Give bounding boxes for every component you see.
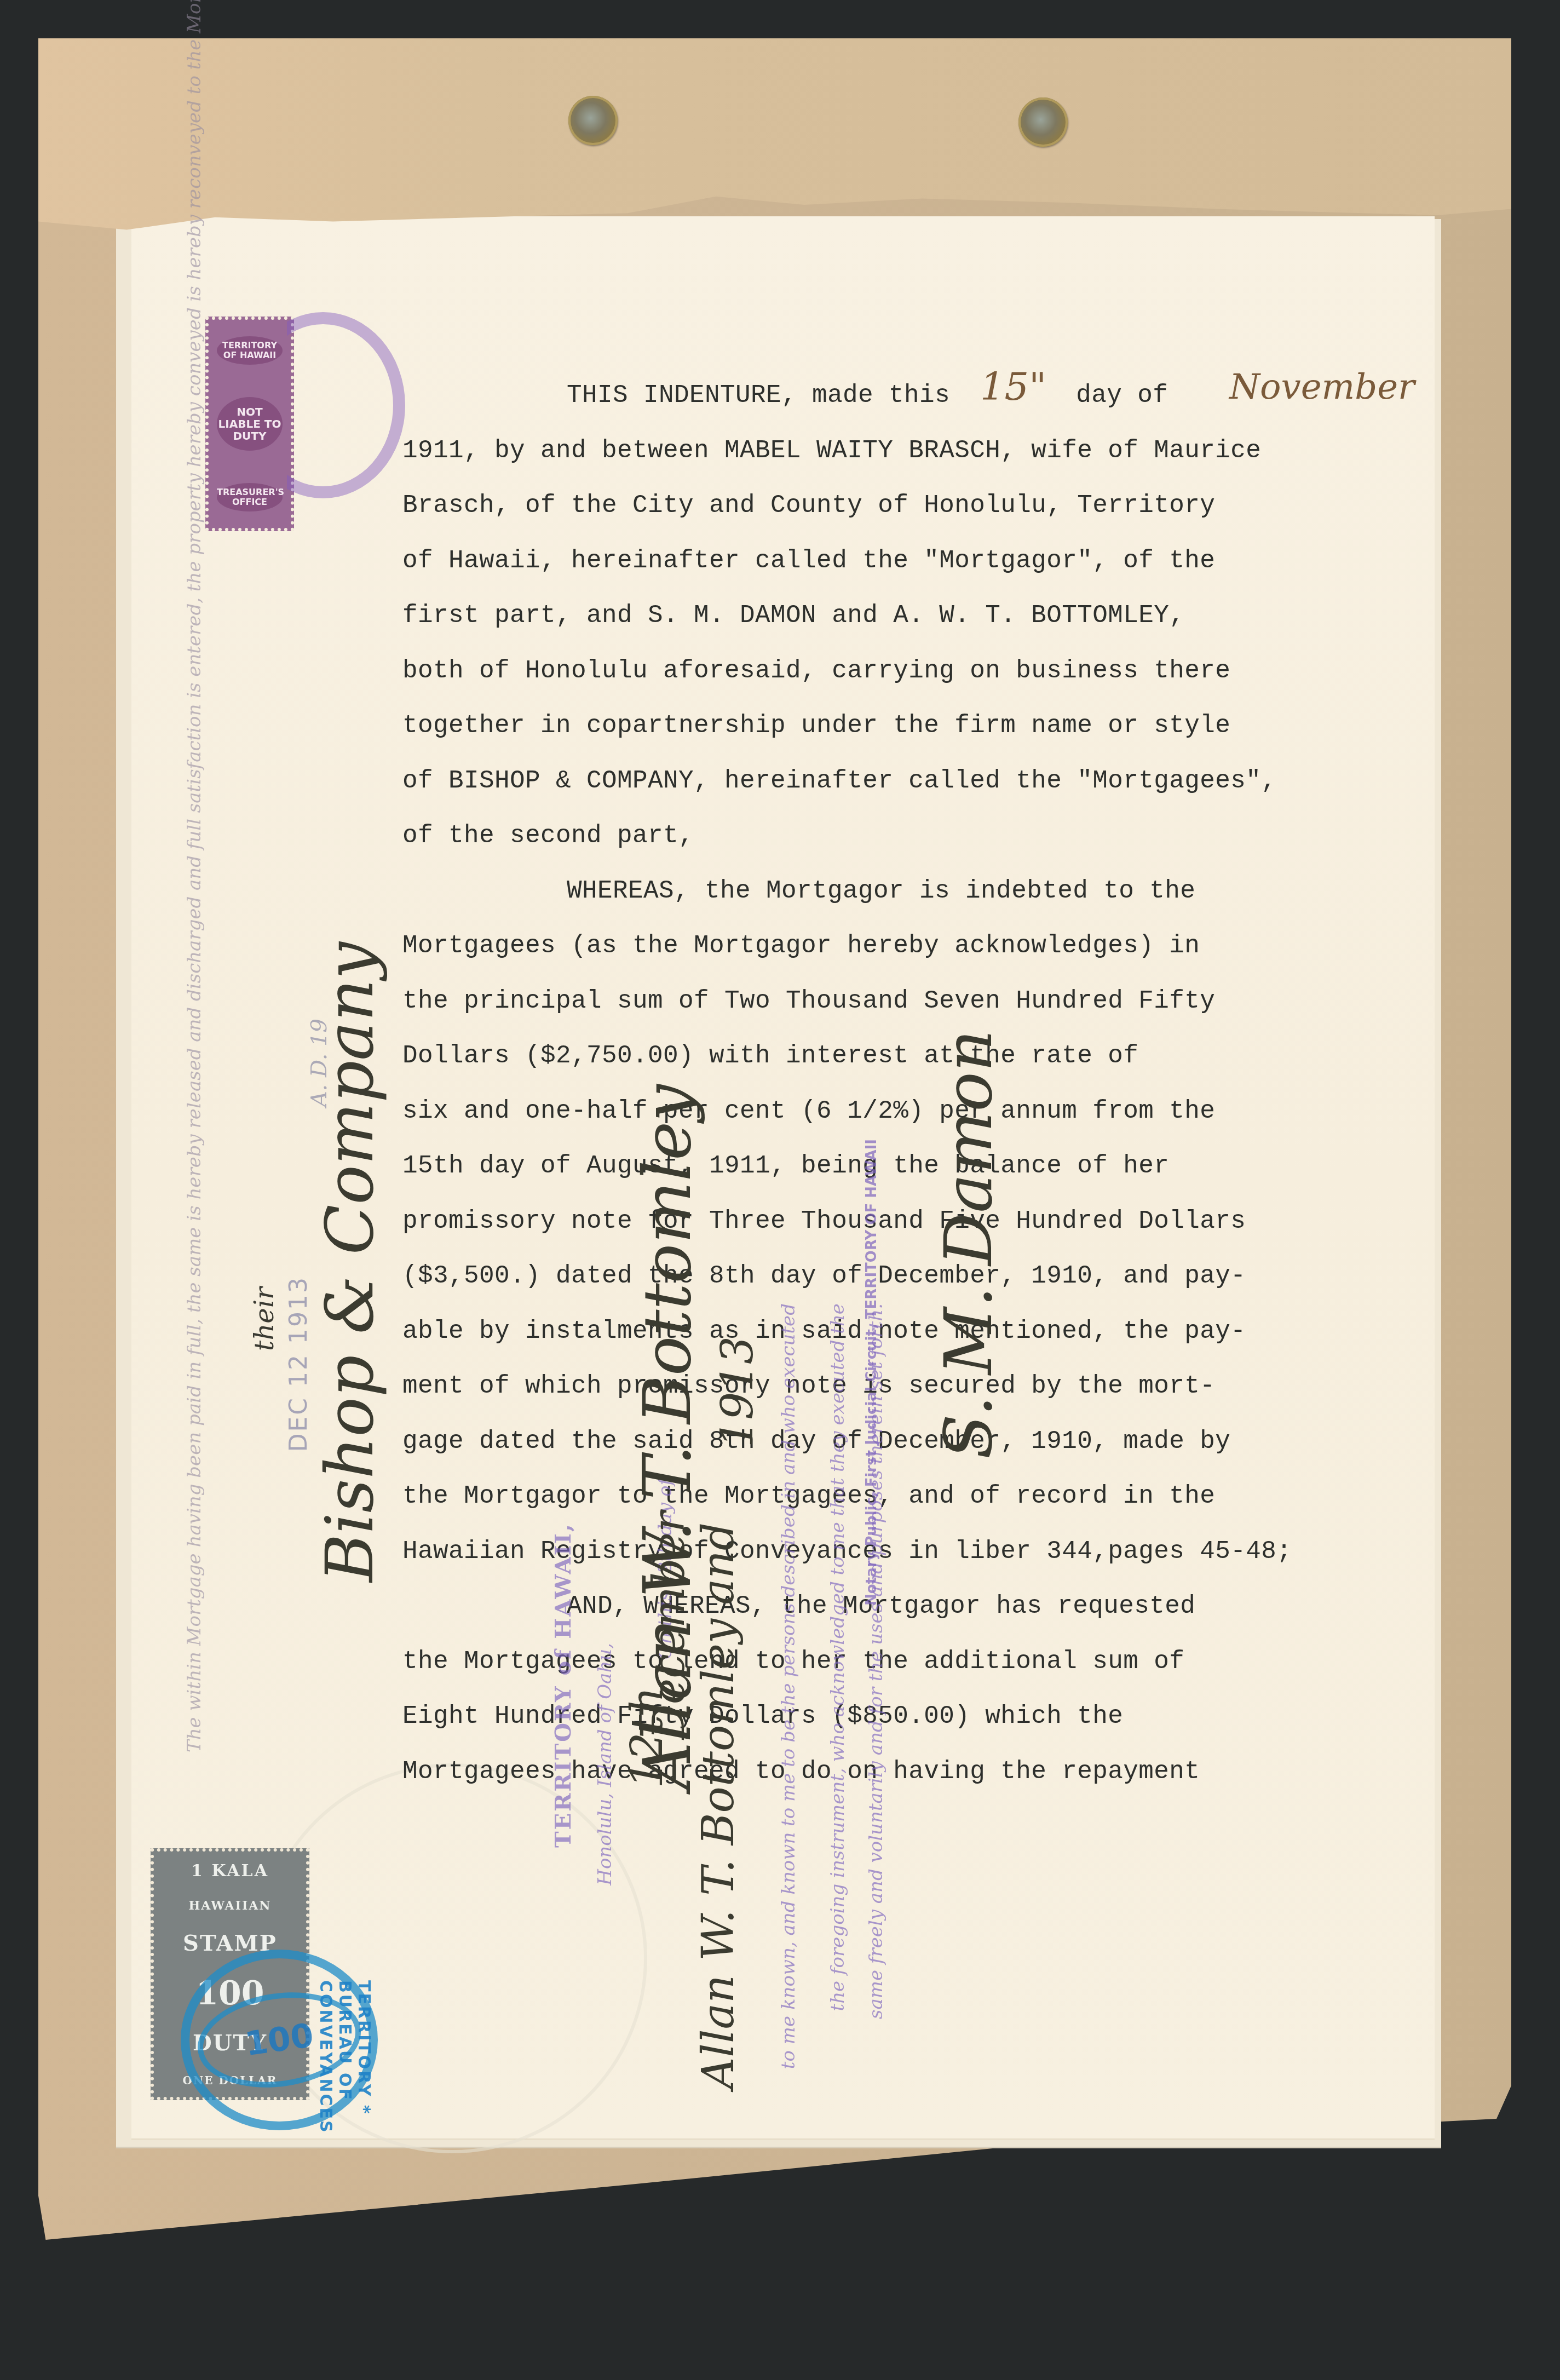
signature-bishop-company: Bishop & Company [312,942,388,1582]
typed-line: first part, and S. M. DAMON and A. W. T.… [402,588,1292,643]
typed-line: WHEREAS, the Mortgagor is indebted to th… [402,864,1292,919]
typed-line: ($3,500.) dated the 8th day of December,… [402,1249,1292,1304]
notary-known-line: to me known, and known to me to be the p… [778,1303,799,2069]
stamp-country: HAWAIIAN [189,1899,272,1913]
typed-line: together in copartnership under the firm… [402,698,1292,754]
typed-line: Mortgagees (as the Mortgagor hereby ackn… [402,918,1292,974]
rivet-left-icon [568,96,618,145]
notary-seal-stamp: Notary Public, First Judicial Circuit, T… [862,1139,881,1606]
typed-line: promissory note for Three Thousand Five … [402,1194,1292,1249]
typed-line: Dollars ($2,750.00) with interest at the… [402,1028,1292,1084]
handwritten-their: their [249,1287,280,1351]
notary-executed-line: the foregoing instrument, who acknowledg… [827,1303,849,2011]
typed-line: Brasch, of the City and County of Honolu… [402,478,1292,533]
release-marginal-note: The within Mortgage having been paid in … [175,931,214,1752]
handwritten-month: November [1229,367,1415,407]
typed-line: of Hawaii, hereinafter called the "Mortg… [402,533,1292,589]
stamp-office-label: TREASURER'S OFFICE [217,483,283,511]
typed-line: of BISHOP & COMPANY, hereinafter called … [402,754,1292,809]
typed-line: 1911, by and between MABEL WAITY BRASCH,… [402,423,1292,479]
blue-cancellation-mark: 100 TERRITORY * BUREAU OF CONVEYANCES [181,1950,378,2130]
release-date-stamp: DEC 12 1913 [285,1276,313,1452]
typed-line: both of Honolulu aforesaid, carrying on … [402,643,1292,699]
typed-line: of the second part, [402,808,1292,864]
signature-bottomley: Allan W. T. Bottomley [630,1084,706,1790]
stamp-denomination: 1 KALA [191,1861,269,1881]
typed-line: THIS INDENTURE, made thisday of [402,368,1292,423]
notary-location: Honolulu, Island of Oahu, [594,1643,616,1885]
handwritten-day: 15" [980,364,1046,409]
signature-damon: S. M. Damon [931,1030,1007,1459]
stamp-territory-label: TERRITORY OF HAWAII [217,336,283,365]
cancel-ring-text: TERRITORY * BUREAU OF CONVEYANCES [316,1980,373,2134]
notary-heading: TERRITORY of HAWAII, [550,1522,576,1848]
rivet-right-icon [1018,97,1068,147]
typed-line: six and one-half per cent (6 1/2%) per a… [402,1084,1292,1139]
typed-line: 15th day of August, 1911, being the bala… [402,1139,1292,1194]
handwritten-notary-year: 1913 [712,1336,763,1448]
stamp-main-label: NOT LIABLE TO DUTY [217,397,283,451]
not-liable-to-duty-stamp: TERRITORY OF HAWAII NOT LIABLE TO DUTY T… [205,317,294,531]
typed-line: the principal sum of Two Thousand Seven … [402,974,1292,1029]
